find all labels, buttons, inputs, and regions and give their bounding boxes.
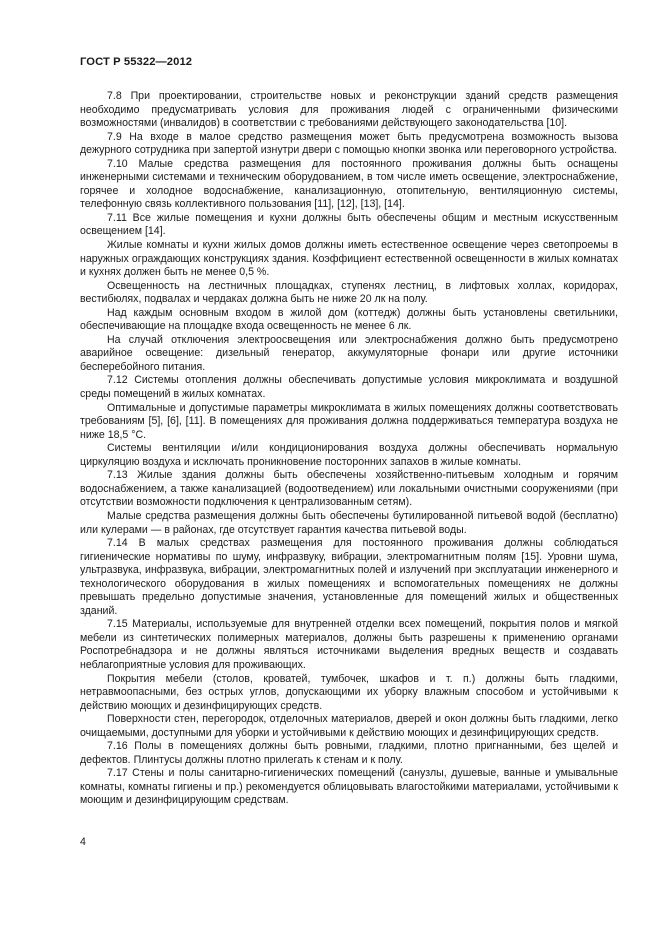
paragraph-7-11: 7.11 Все жилые помещения и кухни должны … bbox=[80, 212, 618, 239]
page-number: 4 bbox=[80, 836, 86, 848]
paragraph-stair-lighting: Освещенность на лестничных площадках, ст… bbox=[80, 280, 618, 307]
paragraph-7-13: 7.13 Жилые здания должны быть обеспечены… bbox=[80, 469, 618, 510]
paragraph-entrance-lighting: Над каждым основным входом в жилой дом (… bbox=[80, 307, 618, 334]
paragraph-ventilation: Системы вентиляции и/или кондиционирован… bbox=[80, 442, 618, 469]
paragraph-furniture-coating: Покрытия мебели (столов, кроватей, тумбо… bbox=[80, 673, 618, 714]
paragraph-drinking-water: Малые средства размещения должны быть об… bbox=[80, 510, 618, 537]
paragraph-7-15: 7.15 Материалы, используемые для внутрен… bbox=[80, 618, 618, 672]
paragraph-7-16: 7.16 Полы в помещениях должны быть ровны… bbox=[80, 740, 618, 767]
paragraph-7-9: 7.9 На входе в малое средство размещения… bbox=[80, 131, 618, 158]
paragraph-emergency-lighting: На случай отключения электроосвещения ил… bbox=[80, 334, 618, 375]
paragraph-wall-surfaces: Поверхности стен, перегородок, отделочны… bbox=[80, 713, 618, 740]
standard-code-header: ГОСТ Р 55322—2012 bbox=[80, 56, 192, 68]
paragraph-7-12: 7.12 Системы отопления должны обеспечива… bbox=[80, 374, 618, 401]
paragraph-7-17: 7.17 Стены и полы санитарно-гигиенически… bbox=[80, 767, 618, 808]
document-page: ГОСТ Р 55322—2012 7.8 При проектировании… bbox=[0, 0, 661, 935]
paragraph-microclimate: Оптимальные и допустимые параметры микро… bbox=[80, 402, 618, 443]
paragraph-7-10: 7.10 Малые средства размещения для посто… bbox=[80, 158, 618, 212]
paragraph-7-14: 7.14 В малых средствах размещения для по… bbox=[80, 537, 618, 618]
paragraph-7-8: 7.8 При проектировании, строительстве но… bbox=[80, 90, 618, 131]
paragraph-natural-lighting: Жилые комнаты и кухни жилых домов должны… bbox=[80, 239, 618, 280]
document-body: 7.8 При проектировании, строительстве но… bbox=[80, 90, 618, 808]
